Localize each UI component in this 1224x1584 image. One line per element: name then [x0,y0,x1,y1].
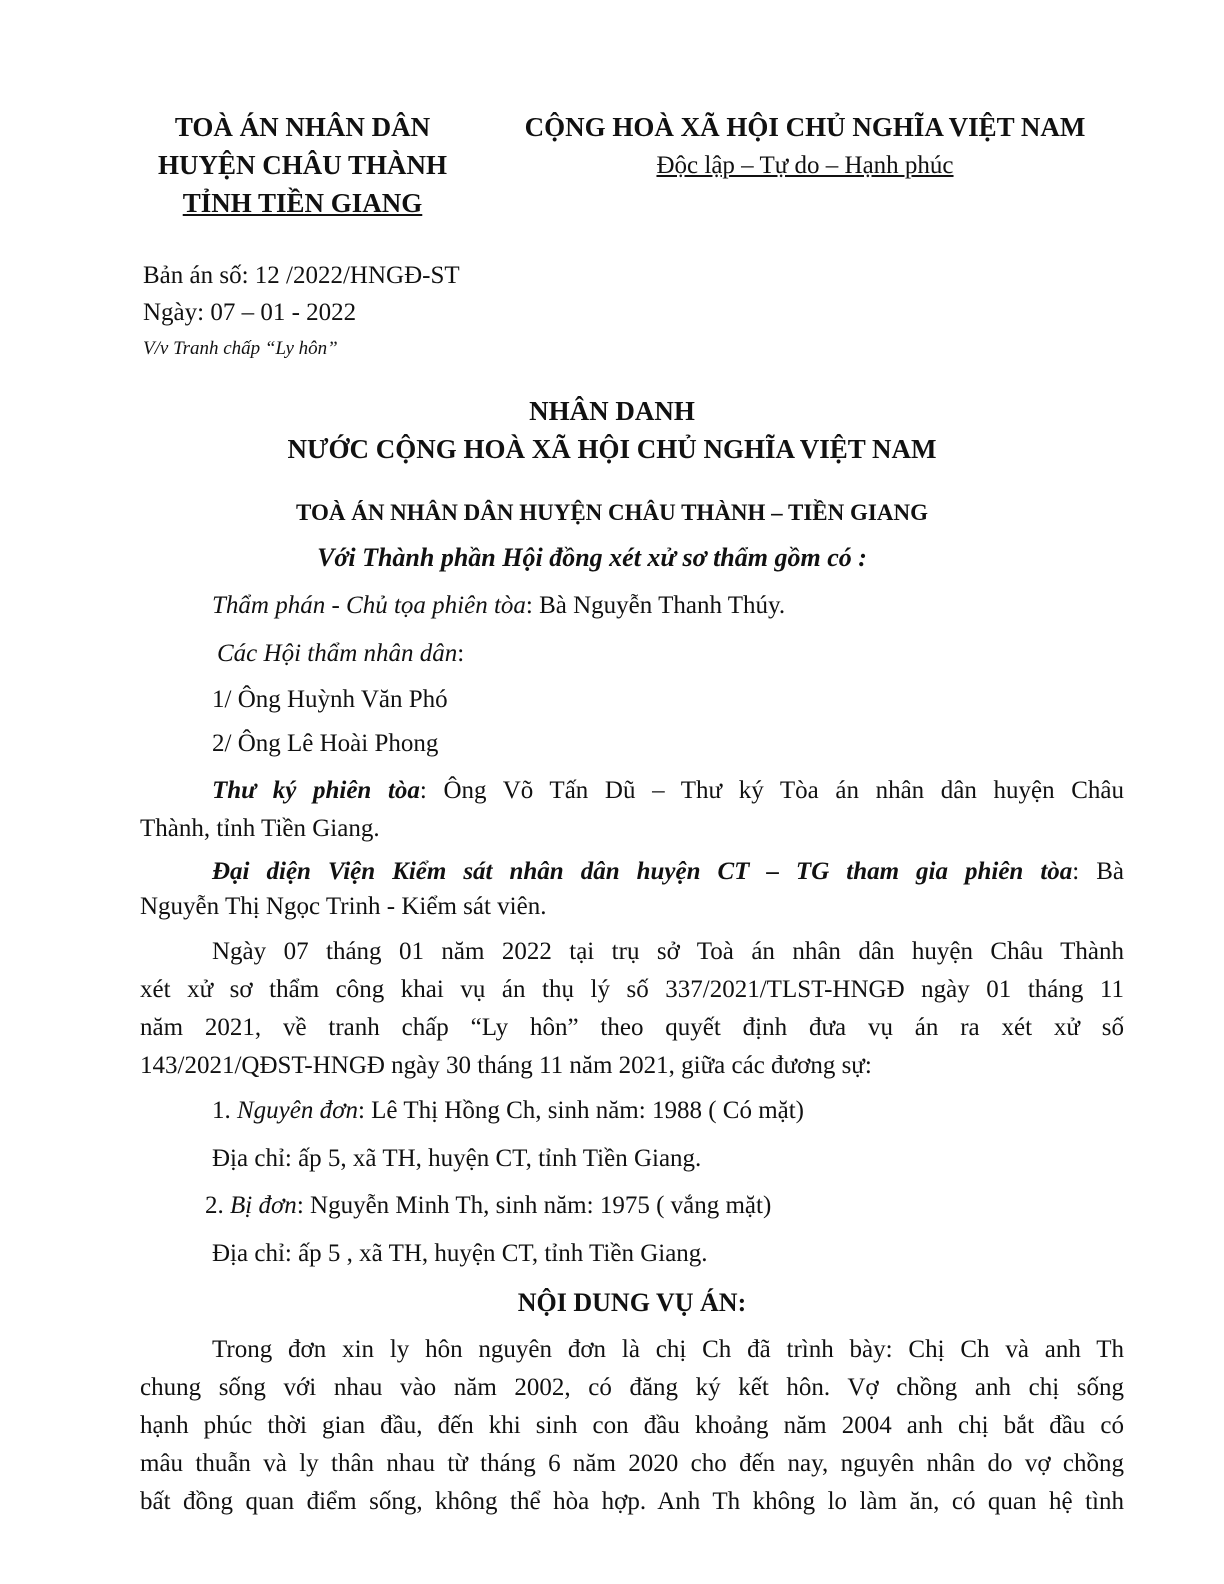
case-number: Bản án số: 12 /2022/HNGĐ-ST [143,262,460,290]
hearing-line: Ngày 07 tháng 01 năm 2022 tại trụ sở Toà… [140,938,1124,966]
clerk-label: Thư ký phiên tòa [212,777,420,804]
clerk-line1: Thư ký phiên tòa: Ông Võ Tấn Dũ – Thư ký… [140,777,1124,805]
juror-item: 1/ Ông Huỳnh Văn Phó [212,686,448,714]
plaintiff-label: Nguyên đơn [237,1097,358,1124]
plaintiff-address: Địa chỉ: ấp 5, xã TH, huyện CT, tỉnh Tiề… [212,1145,701,1173]
nation-motto: Độc lập – Tự do – Hạnh phúc [500,152,1110,180]
plaintiff-value: : Lê Thị Hồng Ch, sinh năm: 1988 ( Có mặ… [358,1097,804,1124]
case-subject: V/v Tranh chấp “Ly hôn” [143,338,338,360]
hearing-line: năm 2021, về tranh chấp “Ly hôn” theo qu… [140,1014,1124,1042]
content-line: bất đồng quan điểm sống, không thể hòa h… [140,1488,1124,1516]
hearing-line: xét xử sơ thẩm công khai vụ án thụ lý số… [140,976,1124,1004]
plaintiff-line: 1. Nguyên đơn: Lê Thị Hồng Ch, sinh năm:… [212,1097,804,1125]
content-line: chung sống với nhau vào năm 2002, có đăn… [140,1374,1124,1402]
procurator-line1: Đại diện Viện Kiểm sát nhân dân huyện CT… [140,858,1124,886]
court-name-line1: TOÀ ÁN NHÂN DÂN [140,112,465,143]
in-the-name-of: NHÂN DANH [140,396,1084,427]
judge-value: : Bà Nguyễn Thanh Thúy. [526,592,785,619]
defendant-line: 2. Bị đơn: Nguyễn Minh Th, sinh năm: 197… [205,1192,771,1220]
procurator-label: Đại diện Viện Kiểm sát nhân dân huyện CT… [212,858,1072,885]
judge-line: Thẩm phán - Chủ tọa phiên tòa: Bà Nguyễn… [212,592,785,620]
republic-name: NƯỚC CỘNG HOÀ XÃ HỘI CHỦ NGHĨA VIỆT NAM [140,434,1084,465]
hearing-line: 143/2021/QĐST-HNGĐ ngày 30 tháng 11 năm … [140,1052,872,1080]
procurator-value: : Bà [1072,858,1124,885]
panel-heading: Với Thành phần Hội đồng xét xử sơ thẩm g… [140,543,1044,573]
court-name-line2: HUYỆN CHÂU THÀNH [140,150,465,181]
jurors-line: Các Hội thẩm nhân dân: [217,640,464,668]
defendant-address: Địa chỉ: ấp 5 , xã TH, huyện CT, tỉnh Ti… [212,1240,708,1268]
case-date: Ngày: 07 – 01 - 2022 [143,299,356,327]
judge-label: Thẩm phán - Chủ tọa phiên tòa [212,592,526,619]
court-full-name: TOÀ ÁN NHÂN DÂN HUYỆN CHÂU THÀNH – TIỀN … [140,500,1084,526]
defendant-value: : Nguyễn Minh Th, sinh năm: 1975 ( vắng … [297,1192,772,1219]
clerk-line2: Thành, tỉnh Tiền Giang. [140,815,380,843]
content-line: hạnh phúc thời gian đầu, đến khi sinh co… [140,1412,1124,1440]
clerk-value: : Ông Võ Tấn Dũ – Thư ký Tòa án nhân dân… [420,777,1124,804]
court-name-line3: TỈNH TIỀN GIANG [140,188,465,219]
section-heading: NỘI DUNG VỤ ÁN: [140,1288,1124,1318]
defendant-label: Bị đơn [230,1192,297,1219]
nation-title: CỘNG HOÀ XÃ HỘI CHỦ NGHĨA VIỆT NAM [500,112,1110,143]
procurator-line2: Nguyễn Thị Ngọc Trinh - Kiểm sát viên. [140,893,546,921]
juror-item: 2/ Ông Lê Hoài Phong [212,730,438,758]
jurors-label: Các Hội thẩm nhân dân [217,640,457,667]
content-line: Trong đơn xin ly hôn nguyên đơn là chị C… [140,1336,1124,1364]
content-line: mâu thuẫn và ly thân nhau từ tháng 6 năm… [140,1450,1124,1478]
